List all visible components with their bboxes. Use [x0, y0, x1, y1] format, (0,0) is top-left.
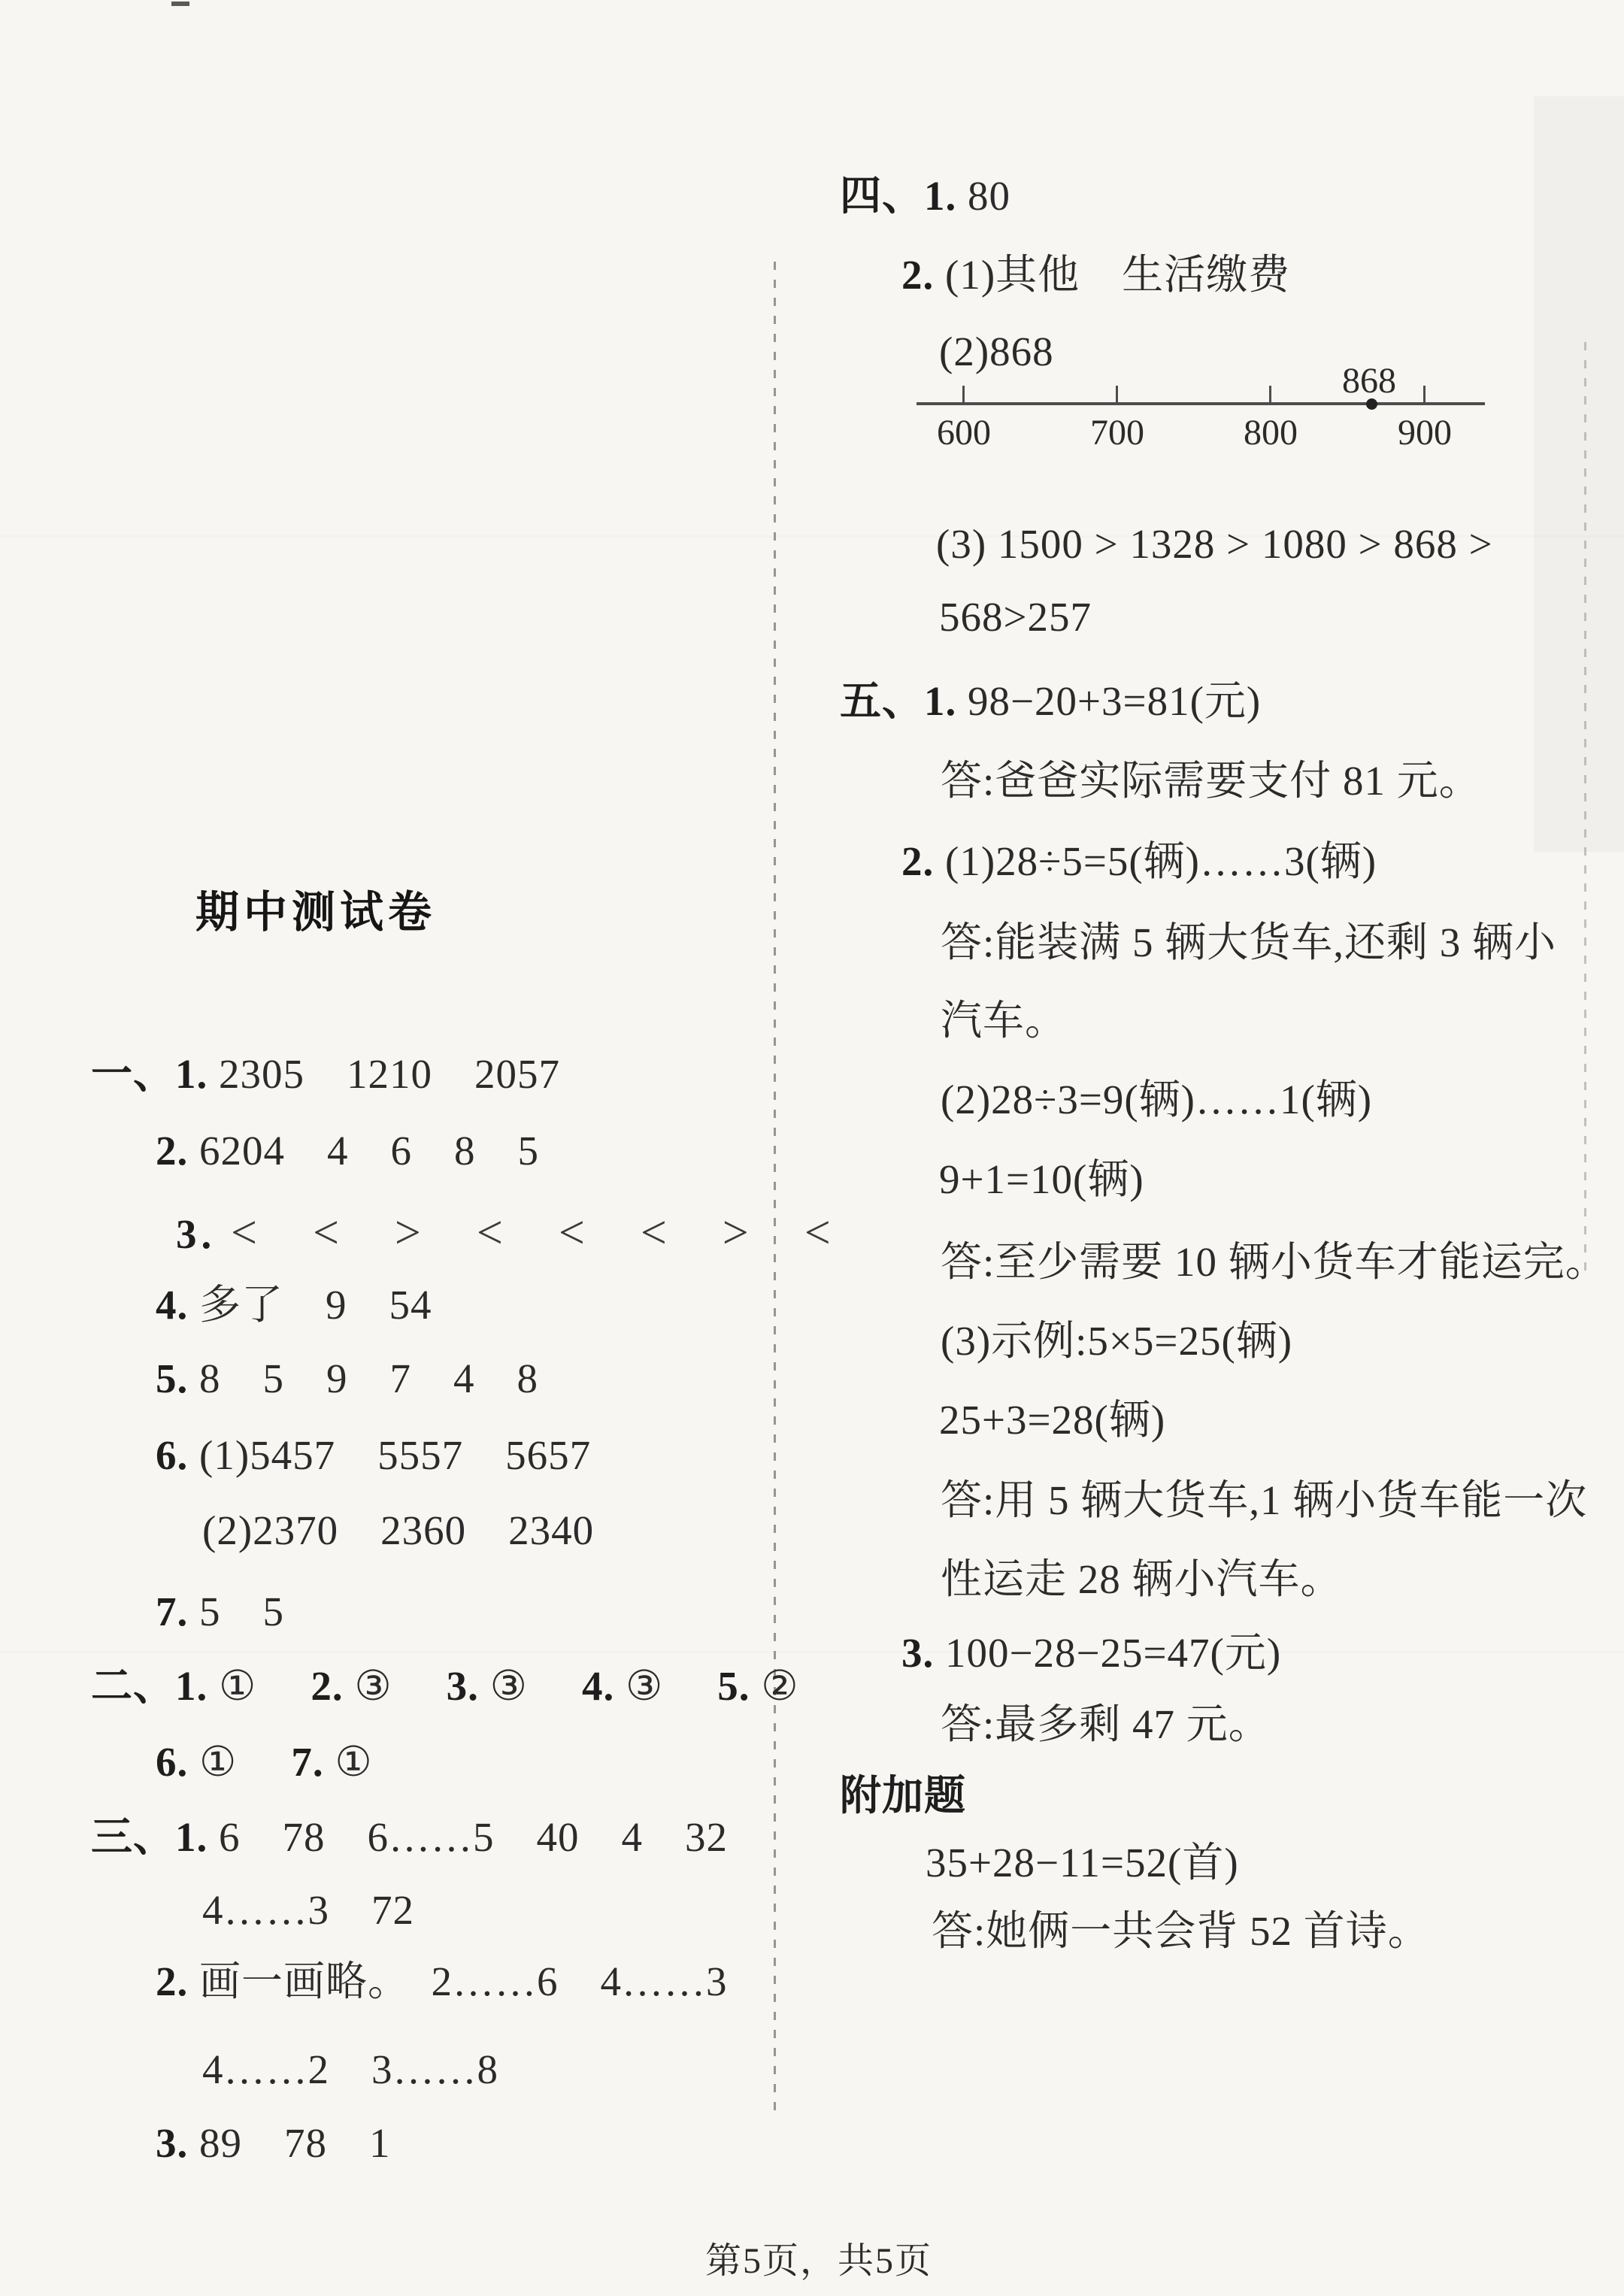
answer-values: 89 78 1 — [199, 2120, 391, 2166]
page-title: 期中测试卷 — [195, 877, 436, 940]
number-line-tick-600 — [962, 386, 965, 404]
choice-answer: ③ — [490, 1663, 528, 1709]
choice-answer: ② — [761, 1663, 798, 1709]
item-number: 4. — [582, 1663, 626, 1709]
number-line-axis — [917, 402, 1485, 405]
number-line-tick-800 — [1269, 386, 1271, 404]
number-line-tick-label: 900 — [1372, 412, 1477, 453]
answer-values: 画一画略。 2……6 4……3 — [199, 1958, 728, 2004]
number-line-tick-label: 700 — [1065, 412, 1170, 453]
item-number: 3. — [447, 1663, 490, 1709]
answer-sentence: 答:她俩一共会背 52 首诗。 — [932, 1908, 1430, 1954]
number-line-point-label: 868 — [1316, 360, 1422, 401]
page-number-footer: 第5页，共5页 — [705, 2231, 932, 2283]
item-number: 3. — [156, 2120, 199, 2166]
number-line-tick-label: 800 — [1218, 412, 1323, 453]
number-line-tick-700 — [1116, 386, 1118, 404]
item-number: 2. — [156, 1958, 199, 2004]
answer-line-bonus-answer: 答:她俩一共会背 52 首诗。 — [887, 1863, 1430, 2000]
answer-sentence: 答:最多剩 47 元。 — [941, 1701, 1271, 1747]
answer-line-sec4-q2-2: (2)868 — [895, 283, 1054, 420]
number-line-point-868 — [1366, 398, 1377, 410]
right-edge-dashed-line — [1584, 342, 1586, 1274]
number-line-tick-900 — [1423, 386, 1426, 404]
number-line-tick-label: 600 — [911, 412, 1017, 453]
item-number: 5. — [717, 1663, 761, 1709]
scanned-answer-sheet-page: 期中测试卷 一、1. 2305 1210 2057 2. 6204 4 6 8 … — [0, 0, 1624, 2296]
answer-line-sec3-q3: 3. 89 78 1 — [111, 2075, 391, 2212]
scan-artifact-shade-block — [1534, 96, 1624, 852]
answer-values: (2)868 — [939, 329, 1054, 374]
choice-answer: ③ — [626, 1663, 663, 1709]
scan-artifact-top-mark — [171, 2, 189, 6]
